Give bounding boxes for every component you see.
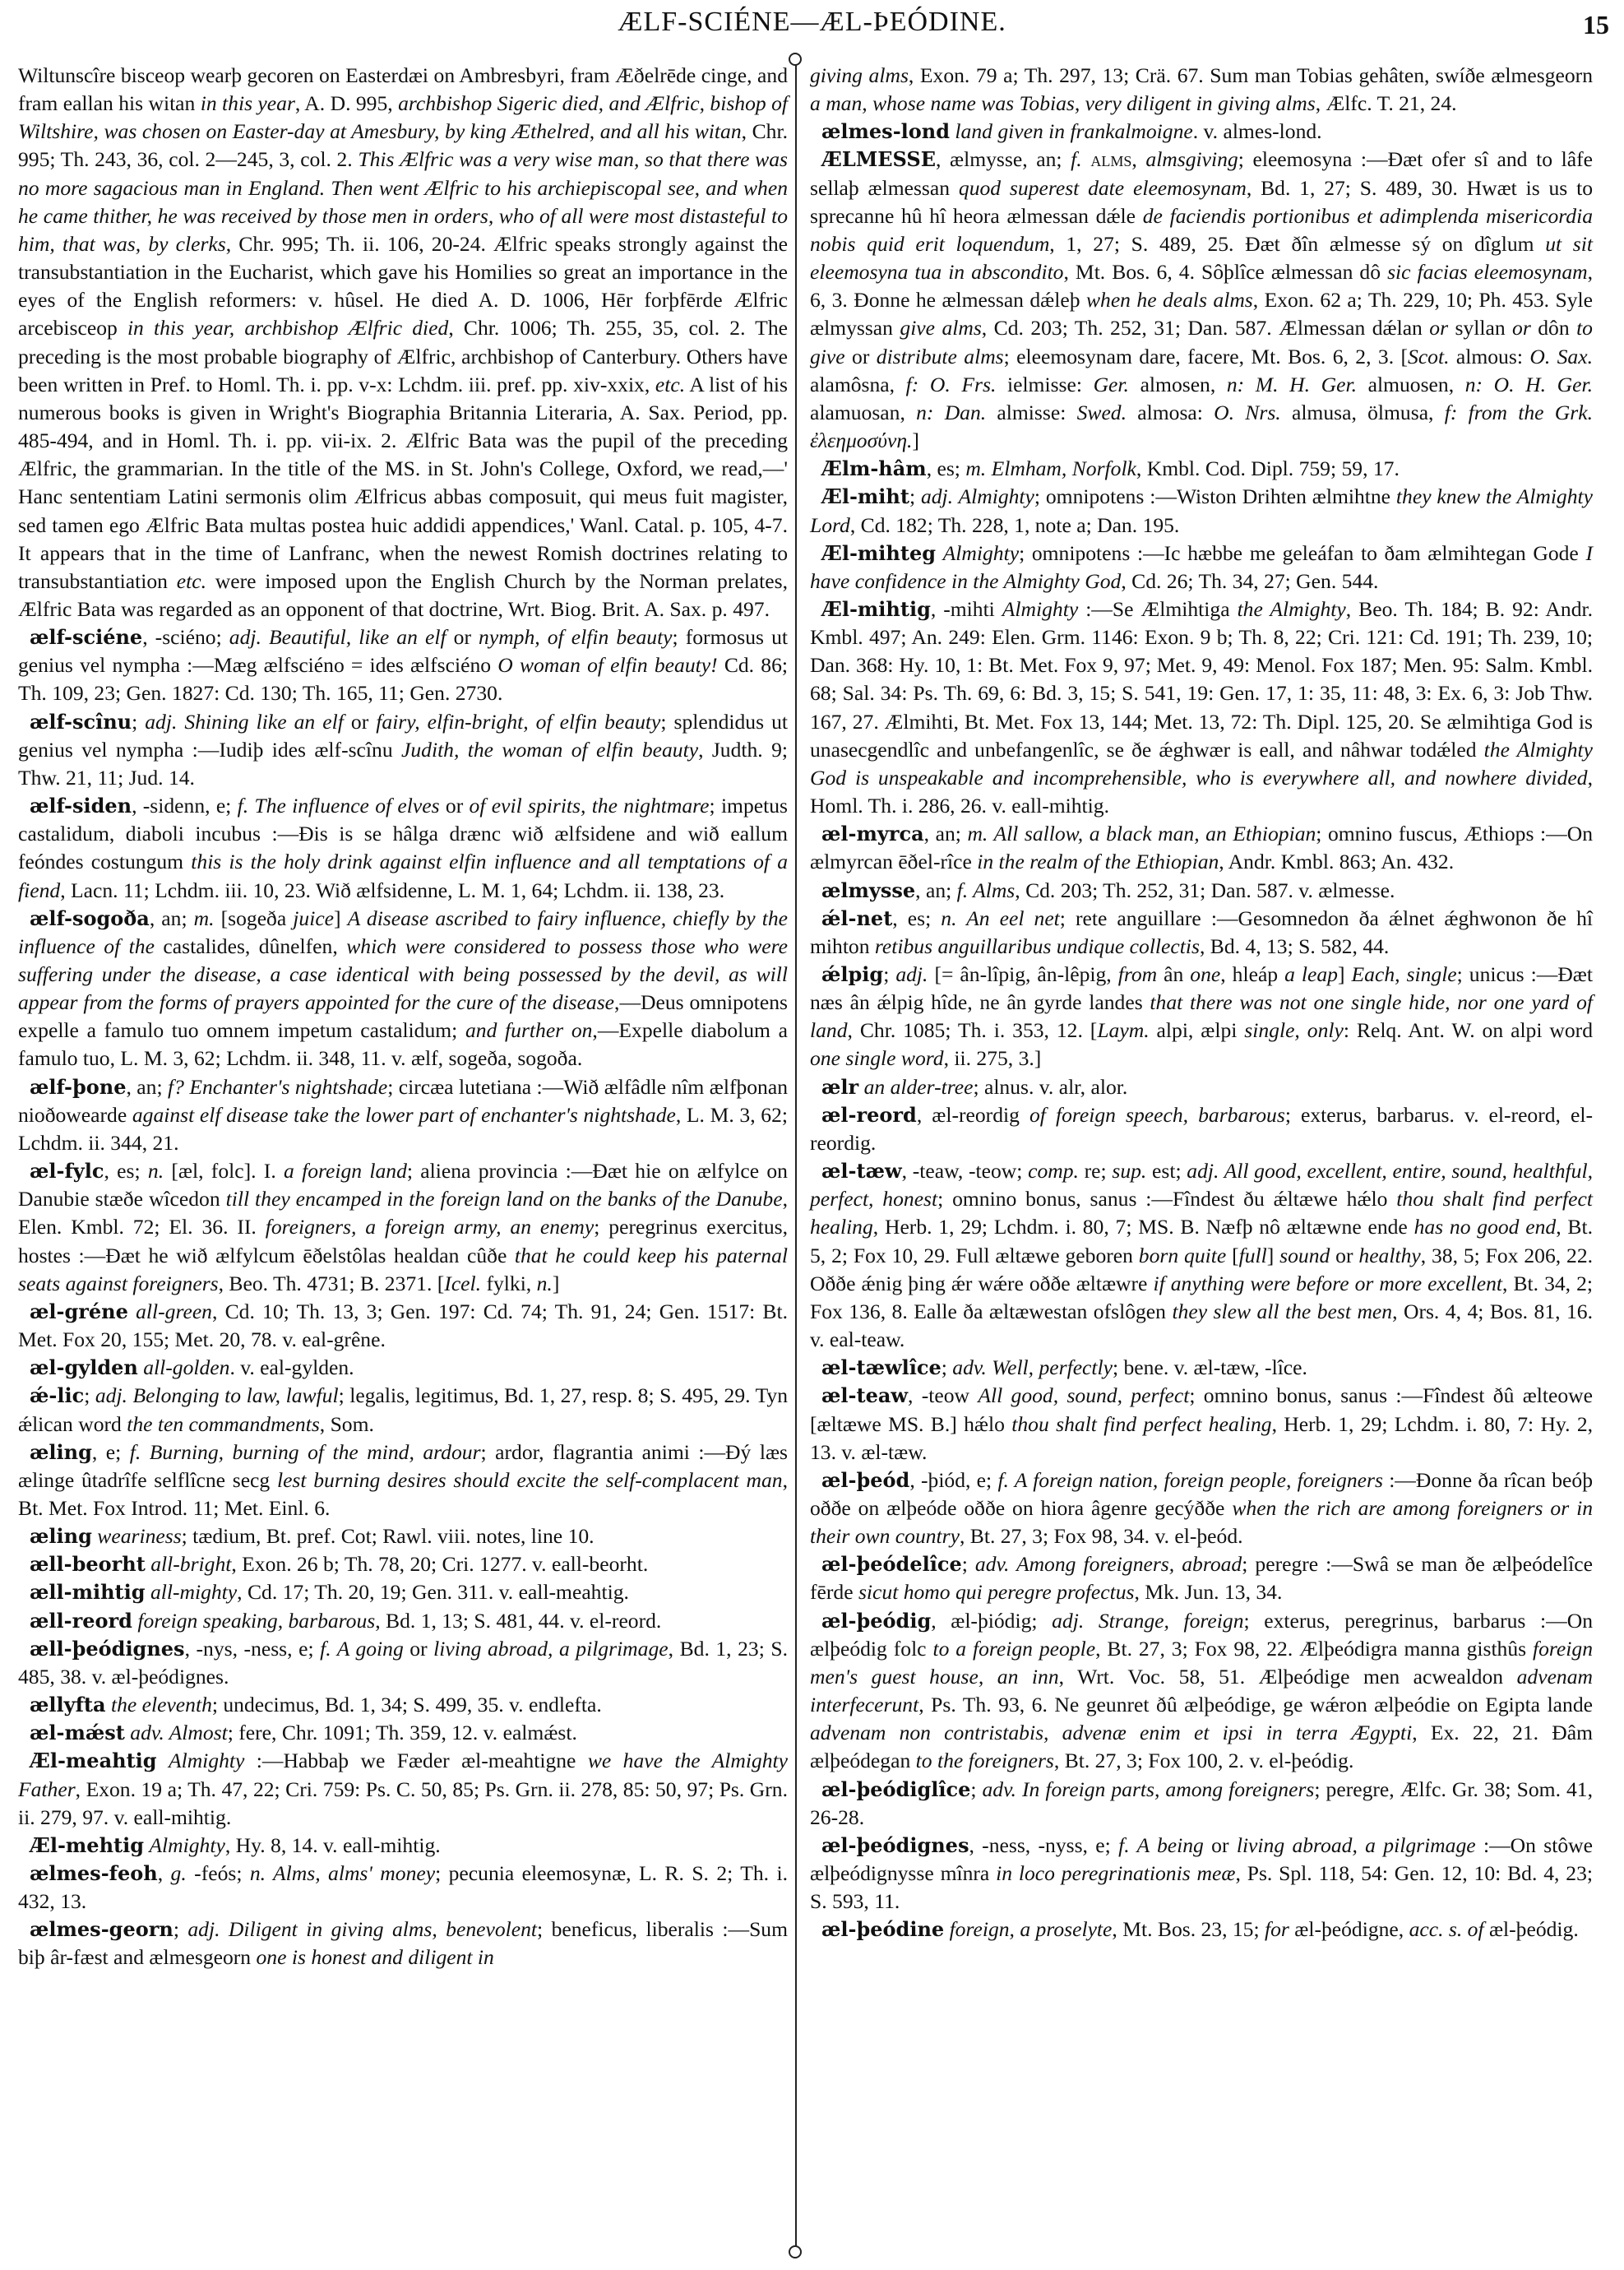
dictionary-entry: ǽlpig; adj. [= ân-lîpig, ân-lêpig, from … <box>810 961 1593 1073</box>
italic-text: etc. <box>655 373 685 396</box>
entry-text: , -mihti <box>931 597 1002 621</box>
entry-text <box>1082 147 1091 171</box>
italic-text: weariness <box>97 1524 181 1548</box>
headword: æling <box>30 1524 92 1548</box>
entry-text: or <box>1204 1833 1237 1857</box>
entry-text: , Bt. 27, 3; Fox 98, 22. Ælþeódigra mann… <box>1095 1637 1533 1661</box>
entry-text: [= ân-lîpig, ân-lêpig, <box>928 962 1117 986</box>
headword: æll-þeódignes <box>30 1637 185 1661</box>
dictionary-entry: æll-þeódignes, -nys, -ness, e; f. A goin… <box>18 1635 788 1691</box>
entry-text: , Exon. 79 a; Th. 297, 13; Crä. 67. Sum … <box>909 63 1593 87</box>
dictionary-entry: ǽ-lic; adj. Belonging to law, lawful; le… <box>18 1382 788 1438</box>
italic-text: adv. Well, perfectly <box>952 1355 1113 1379</box>
entry-text: castalides, dûnelfen, <box>155 934 346 958</box>
italic-text: born quite <box>1139 1244 1226 1267</box>
entry-text: , 1, 27; S. 489, 25. Đæt ðîn ælmesse sý … <box>1049 232 1545 256</box>
italic-text: Almighty <box>1002 597 1078 621</box>
headword: æl-þeódig <box>821 1609 931 1633</box>
headword: ælf-þone <box>30 1075 126 1099</box>
italic-text: nymph, of elfin beauty <box>479 625 673 649</box>
entry-text: , Ps. Th. 93, 6. Ne geunret ðû ælþeódige… <box>918 1693 1593 1716</box>
italic-text: f. A being <box>1118 1833 1204 1857</box>
italic-text: of evil spirits, the nightmare <box>470 794 710 818</box>
entry-text: , Cd. 182; Th. 228, 1, note a; Dan. 195. <box>850 513 1179 537</box>
italic-text: land given in frankalmoigne <box>955 119 1192 143</box>
entry-text: , Cd. 26; Th. 34, 27; Gen. 544. <box>1121 569 1378 593</box>
italic-text: adj. Almighty <box>921 484 1034 508</box>
italic-text: Each, single <box>1352 962 1457 986</box>
italic-text: an alder-tree <box>864 1075 974 1099</box>
entry-text: or <box>1330 1244 1358 1267</box>
italic-text: g. <box>171 1861 187 1885</box>
italic-text: All good, sound, perfect <box>978 1383 1189 1407</box>
dictionary-entry: æll-reord foreign speaking, barbarous, B… <box>18 1607 788 1635</box>
italic-text: adj. Strange, foreign <box>1052 1609 1243 1633</box>
italic-text: sound <box>1279 1244 1330 1267</box>
headword: Æl-meahtig <box>30 1749 157 1772</box>
italic-text: adj. Shining like an elf <box>145 710 344 734</box>
entry-text: or <box>845 345 877 368</box>
dictionary-entry: æling, e; f. Burning, burning of the min… <box>18 1438 788 1522</box>
entry-text: , e; <box>92 1440 130 1464</box>
dictionary-entry: æl-þeódelîce; adv. Among foreigners, abr… <box>810 1550 1593 1606</box>
entry-text: fylki, <box>481 1272 537 1295</box>
italic-text: n. Alms, alms' money <box>250 1861 435 1885</box>
headword: æll-mihtig <box>30 1580 146 1604</box>
entry-text: , -teow <box>908 1383 978 1407</box>
dictionary-entry: Ælm-hâm, es; m. Elmham, Norfolk, Kmbl. C… <box>810 455 1593 483</box>
dictionary-entry: Æl-meahtig Almighty :—Habbaþ we Fæder æl… <box>18 1747 788 1831</box>
entry-text: :—Se Ælmihtiga <box>1078 597 1237 621</box>
entry-text: , Bd. 1, 13; S. 481, 44. v. el-reord. <box>375 1609 661 1633</box>
entry-text: , hleáp <box>1220 962 1284 986</box>
dictionary-entry: ælf-scînu; adj. Shining like an elf or f… <box>18 708 788 792</box>
entry-text: , æl-reordig <box>917 1103 1029 1127</box>
italic-text: n. <box>537 1272 553 1295</box>
dictionary-entry: æl-þeód, -þiód, e; f. A foreign nation, … <box>810 1466 1593 1550</box>
entry-text: , Wrt. Voc. 58, 51. Ælþeódige men acweal… <box>1059 1665 1517 1689</box>
italic-text: sic facias eleemosynam <box>1387 260 1588 284</box>
italic-text: acc. s. of <box>1409 1917 1484 1941</box>
italic-text: f. The influence of elves <box>238 794 440 818</box>
italic-text: foreigners, a foreign army, an enemy <box>266 1215 595 1239</box>
italic-text: or <box>1512 316 1531 340</box>
italic-text: n. <box>148 1159 164 1183</box>
entry-text: , es; <box>104 1159 147 1183</box>
entry-text: ; <box>883 962 895 986</box>
entry-text: syllan <box>1448 316 1512 340</box>
entry-text: or <box>446 625 479 649</box>
dictionary-entry: æl-teaw, -teow All good, sound, perfect;… <box>810 1382 1593 1466</box>
italic-text: sup. <box>1112 1159 1146 1183</box>
italic-text: comp. <box>1028 1159 1079 1183</box>
entry-text: , Bt. 27, 3; Fox 100, 2. v. el-þeódig. <box>1054 1749 1353 1772</box>
italic-text: lest burning desires should excite the s… <box>277 1468 783 1492</box>
entry-text: , ii. 275, 3.] <box>944 1046 1042 1070</box>
entry-text: , Cd. 17; Th. 20, 19; Gen. 311. v. eall-… <box>237 1580 629 1604</box>
italic-text: has no good end <box>1414 1215 1557 1239</box>
entry-text: , -ness, -nyss, e; <box>969 1833 1118 1857</box>
italic-text: f. A going <box>320 1637 404 1661</box>
entry-text: [ <box>1226 1244 1238 1267</box>
italic-text: till they encamped in the foreign land o… <box>226 1187 783 1211</box>
italic-text: O. Sax. <box>1529 345 1593 368</box>
entry-text: , an; <box>126 1075 168 1099</box>
headword: ÆLMESSE <box>821 147 936 171</box>
entry-text: dôn <box>1531 316 1576 340</box>
italic-text: etc. <box>177 569 206 593</box>
entry-text: , es; <box>892 906 941 930</box>
italic-text: O woman of elfin beauty! <box>497 653 717 677</box>
headword: æling <box>30 1440 92 1464</box>
italic-text: the eleventh <box>111 1693 212 1716</box>
entry-text: , es; <box>927 456 966 480</box>
entry-text: ân <box>1157 962 1190 986</box>
entry-text: , Bd. 4, 13; S. 582, 44. <box>1200 934 1389 958</box>
entry-text: est; <box>1146 1159 1187 1183</box>
italic-text: healthy <box>1358 1244 1420 1267</box>
italic-text: all-green <box>136 1299 212 1323</box>
italic-text: n: Dan. <box>916 401 986 424</box>
entry-text: ; omnino bonus, sanus :—Fîndest ðu ǽltæw… <box>937 1187 1396 1211</box>
entry-text: ] <box>1267 1244 1279 1267</box>
italic-text: in loco peregrinationis meæ <box>996 1861 1235 1885</box>
headword: ælf-siden <box>30 794 132 818</box>
italic-text: adv. Almost <box>130 1721 227 1744</box>
italic-text: give alms <box>900 316 981 340</box>
dictionary-entry: æl-gréne all-green, Cd. 10; Th. 13, 3; G… <box>18 1298 788 1354</box>
dictionary-entry: æl-tæwlîce; adv. Well, perfectly; bene. … <box>810 1354 1593 1382</box>
italic-text: giving alms <box>810 63 909 87</box>
italic-text: of foreign speech, barbarous <box>1029 1103 1285 1127</box>
entry-text: , -sciéno; <box>142 625 229 649</box>
entry-text: , an; <box>915 878 956 902</box>
headword: æl-reord <box>821 1103 917 1127</box>
italic-text: advenam non contristabis, advenæ enim et… <box>810 1721 1412 1744</box>
entry-text: , A. D. 995, <box>295 91 398 115</box>
dictionary-entry: Æl-mihtig, -mihti Almighty :—Se Ælmihtig… <box>810 595 1593 820</box>
italic-text: from <box>1118 962 1157 986</box>
italic-text: full <box>1239 1244 1267 1267</box>
italic-text: living abroad, a pilgrimage <box>1237 1833 1476 1857</box>
headword: ælmes-lond <box>821 119 950 143</box>
headword: æl-þeódiglîce <box>821 1777 970 1801</box>
entry-text <box>157 1749 169 1772</box>
italic-text: Swed. <box>1077 401 1127 424</box>
italic-text: if anything were before or more excellen… <box>1153 1272 1502 1295</box>
entry-text: ; omnipotens :—Wiston Drihten ælmihtne <box>1034 484 1396 508</box>
dictionary-entry: ælf-sciéne, -sciéno; adj. Beautiful, lik… <box>18 623 788 707</box>
headword: ælmes-georn <box>30 1917 174 1941</box>
dictionary-entry: æl-myrca, an; m. All sallow, a black man… <box>810 820 1593 876</box>
dictionary-entry: æll-mihtig all-mighty, Cd. 17; Th. 20, 1… <box>18 1578 788 1606</box>
headword: æl-þeódelîce <box>821 1552 962 1576</box>
entry-text: ] <box>553 1272 560 1295</box>
italic-text: Almighty <box>149 1833 224 1857</box>
entry-text: : Relq. Ant. W. on alpi word <box>1344 1018 1593 1042</box>
entry-text: , Exon. 19 a; Th. 47, 22; Cri. 759: Ps. … <box>18 1777 788 1829</box>
headword: æl-þeódignes <box>821 1833 969 1857</box>
entry-text: ; bene. v. æl-tæw, -lîce. <box>1113 1355 1307 1379</box>
italic-text: against elf disease take the lower part … <box>132 1103 676 1127</box>
italic-text: m. All sallow, a black man, an Ethiopian <box>967 822 1316 845</box>
italic-text: sicut homo qui peregre profectus <box>858 1580 1135 1604</box>
entry-text: or <box>344 710 376 734</box>
entry-text: , æl-þiódig; <box>931 1609 1052 1633</box>
dictionary-entry: æl-þeódiglîce; adv. In foreign parts, am… <box>810 1776 1593 1832</box>
entry-text: , Ælfc. T. 21, 24. <box>1316 91 1457 115</box>
entry-text: or <box>404 1637 433 1661</box>
italic-text: all-golden <box>143 1355 229 1379</box>
headword: æl-tæw <box>821 1159 902 1183</box>
headword: æl-tæwlîce <box>821 1355 942 1379</box>
italic-text: single, only <box>1244 1018 1344 1042</box>
entry-text <box>128 1299 136 1323</box>
entry-text: alamôsna, <box>810 373 906 396</box>
dictionary-entry: æling weariness; tædium, Bt. pref. Cot; … <box>18 1522 788 1550</box>
italic-text: living abroad, a pilgrimage <box>433 1637 668 1661</box>
entry-text: , Beo. Th. 4731; B. 2371. [ <box>219 1272 445 1295</box>
italic-text: juice <box>293 906 334 930</box>
headword: æl-mǽst <box>30 1721 125 1744</box>
italic-text: retibus anguillaribus undique collectis <box>875 934 1200 958</box>
italic-text: n: M. H. Ger. <box>1227 373 1357 396</box>
headword: ælf-sogoða <box>30 906 150 930</box>
entry-text: , an; <box>150 906 194 930</box>
italic-text: m. <box>194 906 215 930</box>
dictionary-entry: ælf-siden, -sidenn, e; f. The influence … <box>18 792 788 905</box>
italic-text: in the realm of the Ethiopian <box>977 850 1219 873</box>
entry-continuation: Wiltunscîre bisceop wearþ gecoren on Eas… <box>18 62 788 623</box>
entry-continuation: giving alms, Exon. 79 a; Th. 297, 13; Cr… <box>810 62 1593 118</box>
headword: ǽ-lic <box>30 1383 84 1407</box>
entry-text: æl-þeódig. <box>1484 1917 1579 1941</box>
entry-text: ] <box>1338 962 1352 986</box>
entry-text: ; undecimus, Bd. 1, 34; S. 499, 35. v. e… <box>212 1693 602 1716</box>
headword: æl-myrca <box>821 822 924 845</box>
running-title: ÆLF-SCIÉNE—ÆL-ÞEÓDINE. <box>0 7 1624 38</box>
entry-text: , Cd. 203; Th. 252, 31; Dan. 587. Ælmess… <box>982 316 1429 340</box>
right-column: giving alms, Exon. 79 a; Th. 297, 13; Cr… <box>810 62 1593 1943</box>
italic-text: quod superest date eleemosynam <box>959 176 1247 200</box>
entry-text: . v. eal-gylden. <box>229 1355 354 1379</box>
entry-text: ; fere, Chr. 1091; Th. 359, 12. v. ealmǽ… <box>228 1721 577 1744</box>
headword: æl-gylden <box>30 1355 138 1379</box>
entry-text: :—Habbaþ we Fæder æl-meahtigne <box>244 1749 587 1772</box>
dictionary-entry: ælf-sogoða, an; m. [sogeða juice] A dise… <box>18 905 788 1073</box>
dictionary-entry: æl-þeódig, æl-þiódig; adj. Strange, fore… <box>810 1607 1593 1776</box>
entry-text: , Lacn. 11; Lchdm. iii. 10, 23. Wið ælfs… <box>60 878 724 902</box>
dictionary-entry: ællyfta the eleventh; undecimus, Bd. 1, … <box>18 1691 788 1719</box>
italic-text: f. A foreign nation, foreign people, for… <box>997 1468 1382 1492</box>
dictionary-entry: ælmes-lond land given in frankalmoigne. … <box>810 118 1593 146</box>
entry-text: , Herb. 1, 29; Lchdm. i. 80, 7; MS. B. N… <box>873 1215 1414 1239</box>
italic-text: a foreign land <box>284 1159 407 1183</box>
entry-text: , -teaw, -teow; <box>902 1159 1028 1183</box>
headword: ælr <box>821 1075 858 1099</box>
column-divider-ornament-bottom <box>789 2245 802 2258</box>
entry-text: or <box>440 794 470 818</box>
headword: ǽlpig <box>821 962 883 986</box>
italic-text: all-bright <box>150 1552 231 1576</box>
dictionary-entry: ælf-þone, an; f? Enchanter's nightshade;… <box>18 1073 788 1157</box>
italic-text: the ten commandments <box>127 1412 320 1436</box>
dictionary-entry: ǽl-net, es; n. An eel net; rete anguilla… <box>810 905 1593 961</box>
headword: ælmysse <box>821 878 915 902</box>
entry-text: , Mt. Bos. 23, 15; <box>1112 1917 1265 1941</box>
headword: ælf-sciéne <box>30 625 142 649</box>
dictionary-entry: æl-þeódignes, -ness, -nyss, e; f. A bein… <box>810 1832 1593 1916</box>
entry-text: , Chr. 1085; Th. i. 353, 12. [ <box>848 1018 1098 1042</box>
entry-text: ; eleemosynam dare, facere, Mt. Bos. 6, … <box>1004 345 1408 368</box>
entry-text: ; tædium, Bt. pref. Cot; Rawl. viii. not… <box>182 1524 595 1548</box>
italic-text: adj. <box>895 962 928 986</box>
dictionary-entry: Æl-mehtig Almighty, Hy. 8, 14. v. eall-m… <box>18 1832 788 1860</box>
entry-text: ; <box>970 1777 982 1801</box>
italic-text: adj. Beautiful, like an elf <box>229 625 446 649</box>
italic-text: Ger. <box>1094 373 1129 396</box>
left-column: Wiltunscîre bisceop wearþ gecoren on Eas… <box>18 62 788 1972</box>
italic-text: one is honest and diligent in <box>257 1945 494 1969</box>
italic-text: or <box>1429 316 1448 340</box>
italic-text: almsgiving <box>1145 147 1238 171</box>
entry-text: -feós; <box>187 1861 250 1885</box>
italic-text: one single word <box>810 1046 944 1070</box>
italic-text: a man, whose name was Tobias, very dilig… <box>810 91 1316 115</box>
entry-text: alpi, ælpi <box>1150 1018 1245 1042</box>
headword: æl-þeód <box>821 1468 909 1492</box>
italic-text: the Almighty <box>1238 597 1346 621</box>
headword: Æl-mihtig <box>821 597 931 621</box>
page-header: ÆLF-SCIÉNE—ÆL-ÞEÓDINE. 15 <box>0 5 1624 46</box>
entry-text: ; <box>962 1552 975 1576</box>
entry-text: almisse: <box>986 401 1076 424</box>
italic-text: foreign speaking, barbarous <box>137 1609 375 1633</box>
headword: æl-fylc <box>30 1159 104 1183</box>
italic-text: adj. Diligent in giving alms, benevolent <box>187 1917 537 1941</box>
entry-text: ] <box>334 906 348 930</box>
headword: ælf-scînu <box>30 710 132 734</box>
entry-text: , Kmbl. Cod. Dipl. 759; 59, 17. <box>1136 456 1400 480</box>
headword: æl-þeódine <box>821 1917 944 1941</box>
italic-text: one <box>1190 962 1220 986</box>
entry-text <box>936 541 943 565</box>
italic-text: in this year <box>201 91 295 115</box>
dictionary-entry: ælmes-feoh, g. -feós; n. Alms, alms' mon… <box>18 1860 788 1916</box>
dictionary-entry: ælmes-georn; adj. Diligent in giving alm… <box>18 1916 788 1971</box>
entry-text: re; <box>1079 1159 1112 1183</box>
entry-text: ] <box>912 429 919 452</box>
headword: ǽl-net <box>821 906 892 930</box>
italic-text: in this year, archbishop Ælfric died <box>127 316 448 340</box>
entry-text: ielmisse: <box>996 373 1093 396</box>
italic-text: f. Alms <box>957 878 1016 902</box>
italic-text: foreign, a proselyte <box>950 1917 1113 1941</box>
column-divider <box>795 64 797 2249</box>
entry-text: , ælmysse, an; <box>936 147 1071 171</box>
entry-text: A list of his numerous books is given in… <box>18 373 788 593</box>
italic-text: n. An eel net <box>941 906 1060 930</box>
entry-text: , Mt. Bos. 6, 4. Sôþlîce ælmessan dô <box>1063 260 1387 284</box>
entry-text: almosa: <box>1127 401 1214 424</box>
italic-text: n: O. H. Ger. <box>1465 373 1593 396</box>
dictionary-entry: æl-reord, æl-reordig of foreign speech, … <box>810 1101 1593 1157</box>
entry-text: alamuosan, <box>810 401 916 424</box>
dictionary-entry: Æl-mihteg Almighty; omnipotens :—Ic hæbb… <box>810 540 1593 595</box>
italic-text: Scot. <box>1408 345 1449 368</box>
italic-text: for <box>1265 1917 1289 1941</box>
entry-text: ; <box>174 1917 188 1941</box>
italic-text: m. Elmham, Norfolk <box>965 456 1136 480</box>
entry-text: , -sidenn, e; <box>132 794 238 818</box>
dictionary-entry: ÆLMESSE, ælmysse, an; f. alms, almsgivin… <box>810 146 1593 455</box>
italic-text: and further on <box>465 1018 592 1042</box>
entry-text: , Hy. 8, 14. v. eall-mihtig. <box>225 1833 441 1857</box>
headword: æl-teaw <box>821 1383 908 1407</box>
entry-text: almusa, ölmusa, <box>1281 401 1445 424</box>
entry-text: ; alnus. v. alr, alor. <box>973 1075 1127 1099</box>
entry-text: alms <box>1090 147 1131 171</box>
italic-text: Icel. <box>444 1272 481 1295</box>
entry-text: , Beo. Th. 184; B. 92: Andr. Kmbl. 497; … <box>810 597 1593 762</box>
italic-text: O. Nrs. <box>1214 401 1281 424</box>
italic-text: Judith, the woman of elfin beauty <box>401 738 698 762</box>
entry-text: almosen, <box>1129 373 1227 396</box>
dictionary-entry: ælmysse, an; f. Alms, Cd. 203; Th. 252, … <box>810 877 1593 905</box>
italic-text: fairy, elfin-bright, of elfin beauty <box>376 710 660 734</box>
dictionary-entry: æl-mǽst adv. Almost; fere, Chr. 1091; Th… <box>18 1719 788 1747</box>
italic-text: they slew all the best men <box>1172 1299 1392 1323</box>
italic-text: to the foreigners <box>916 1749 1054 1772</box>
headword: Æl-mehtig <box>30 1833 144 1857</box>
entry-text: , an; <box>924 822 968 845</box>
italic-text: adv. Among foreigners, abroad <box>975 1552 1242 1576</box>
headword: ællyfta <box>30 1693 106 1716</box>
italic-text: Almighty <box>169 1749 244 1772</box>
entry-text: , -nys, -ness, e; <box>185 1637 321 1661</box>
dictionary-entry: æl-tæw, -teaw, -teow; comp. re; sup. est… <box>810 1157 1593 1354</box>
italic-text: when he deals alms <box>1086 288 1253 312</box>
entry-text: . v. almes-lond. <box>1193 119 1322 143</box>
italic-text: f. <box>1071 147 1082 171</box>
entry-text: , <box>158 1861 171 1885</box>
italic-text: to a foreign people <box>932 1637 1095 1661</box>
headword: Æl-mihteg <box>821 541 936 565</box>
entry-text: almuosen, <box>1357 373 1465 396</box>
entry-text: almous: <box>1449 345 1529 368</box>
entry-text: ; <box>132 710 145 734</box>
italic-text: adj. Belonging to law, lawful <box>95 1383 339 1407</box>
headword: æll-reord <box>30 1609 132 1633</box>
dictionary-entry: æl-fylc, es; n. [æl, folc]. I. a foreign… <box>18 1157 788 1298</box>
italic-text: f? Enchanter's nightshade <box>168 1075 387 1099</box>
headword: æll-beorht <box>30 1552 146 1576</box>
entry-text: ; <box>84 1383 95 1407</box>
italic-text: f. Burning, burning of the mind, ardour <box>130 1440 481 1464</box>
italic-text: Laym. <box>1097 1018 1149 1042</box>
page-number: 15 <box>1583 10 1609 40</box>
entry-text: , Cd. 203; Th. 252, 31; Dan. 587. v. ælm… <box>1015 878 1395 902</box>
italic-text: distribute alms <box>877 345 1004 368</box>
entry-text: ; <box>909 484 921 508</box>
dictionary-entry: æll-beorht all-bright, Exon. 26 b; Th. 7… <box>18 1550 788 1578</box>
entry-text: [sogeða <box>215 906 294 930</box>
italic-text: f: O. Frs. <box>906 373 997 396</box>
italic-text: all-mighty <box>150 1580 237 1604</box>
italic-text: adv. In foreign parts, among foreigners <box>983 1777 1315 1801</box>
headword: Æl-miht <box>821 484 909 508</box>
headword: ælmes-feoh <box>30 1861 158 1885</box>
